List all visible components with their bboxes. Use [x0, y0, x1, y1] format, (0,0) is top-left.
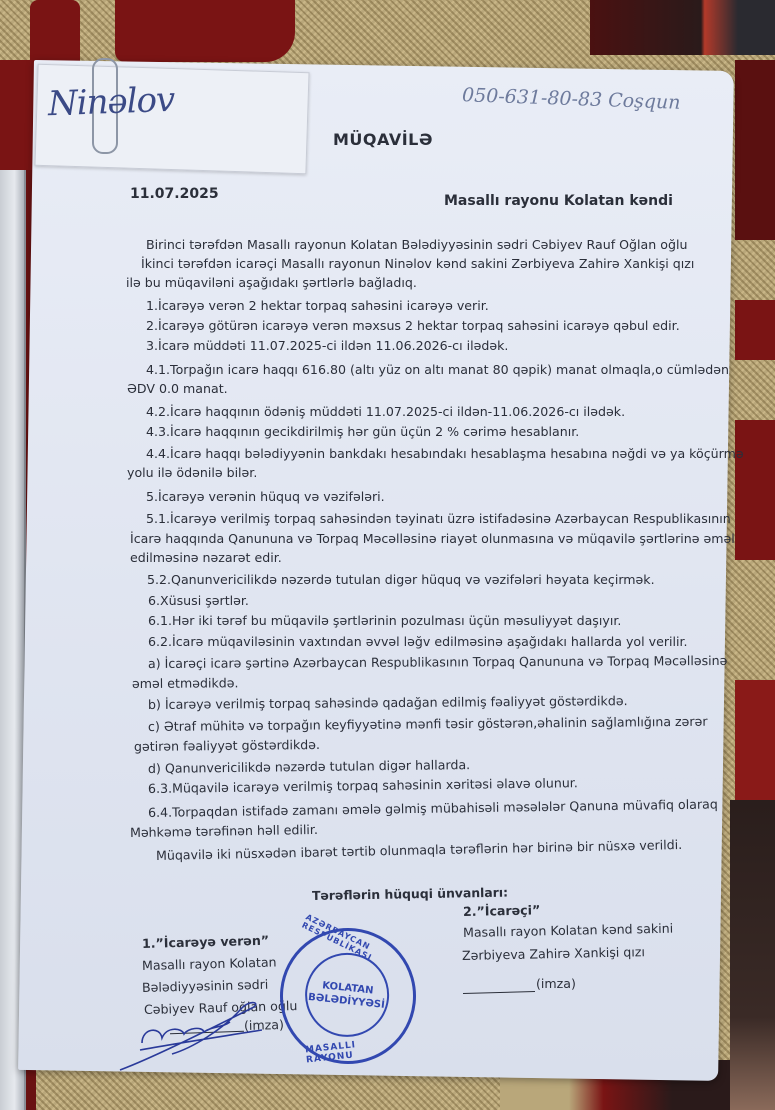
official-stamp: AZƏRBAYCAN RESPUBLİKASI KOLATAN BƏLƏDİYY…	[273, 921, 422, 1070]
clause-line: əməl etmədikdə.	[132, 675, 239, 691]
party2-signature-line	[463, 991, 535, 994]
party2-line: Masallı rayon Kolatan kənd sakini	[463, 921, 673, 940]
contract-document: MÜQAVİLƏ 11.07.2025 Masallı rayonu Kolat…	[0, 0, 775, 1110]
clause-line: Məhkəmə tərəfinən həll edilir.	[130, 822, 318, 840]
clause-line: yolu ilə ödənilə bilər.	[127, 465, 257, 480]
clause-line: 6.2.İcarə müqaviləsinin vaxtından əvvəl …	[148, 634, 688, 649]
clause-line: 5.1.İcarəyə verilmiş torpaq sahəsindən t…	[146, 511, 731, 526]
party2-line: Zərbiyeva Zahirə Xankişi qızı	[462, 944, 645, 963]
preamble-line: İkinci tərəfdən icarəçi Masallı rayonun …	[141, 256, 694, 271]
clause-line: 2.İcarəyə götürən icarəyə verən məxsus 2…	[146, 318, 680, 333]
party2-label: 2.”İcarəçi”	[463, 902, 541, 919]
contract-date: 11.07.2025	[130, 186, 219, 202]
clause-line: İcarə haqqında Qanununa və Torpaq Məcəll…	[130, 531, 735, 546]
clause-line: 4.3.İcarə haqqının gecikdirilmiş hər gün…	[146, 424, 579, 439]
party1-line: Masallı rayon Kolatan	[142, 954, 277, 973]
party1-label: 1.”İcarəyə verən”	[142, 933, 269, 951]
signature-scribble	[112, 998, 262, 1078]
clause-line: 4.2.İcarə haqqının ödəniş müddəti 11.07.…	[146, 404, 625, 419]
clause-line: 6.3.Müqavilə icarəyə verilmiş torpaq sah…	[148, 775, 578, 796]
preamble-line: ilə bu müqaviləni aşağıdakı şərtlərlə ba…	[126, 275, 417, 290]
clause-line: gətirən fəaliyyət göstərdikdə.	[134, 737, 320, 754]
clause-line: 5.2.Qanunvericilikdə nəzərdə tutulan dig…	[147, 572, 655, 587]
addresses-heading: Tərəflərin hüquqi ünvanları:	[312, 885, 508, 903]
clause-line: ƏDV 0.0 manat.	[127, 381, 228, 396]
clause-line: 6.Xüsusi şərtlər.	[148, 593, 249, 608]
clause-line: 1.İcarəyə verən 2 hektar torpaq sahəsini…	[146, 298, 489, 313]
party2-signature-label: (imza)	[536, 976, 576, 991]
clause-line: 5.İcarəyə verənin hüquq və vəzifələri.	[146, 489, 385, 504]
clause-line: 3.İcarə müddəti 11.07.2025-ci ildən 11.0…	[146, 338, 508, 353]
clause-line: a) İcarəçi icarə şərtinə Azərbaycan Resp…	[148, 653, 727, 671]
contract-place: Masallı rayonu Kolatan kəndi	[444, 193, 673, 209]
preamble-line: Birinci tərəfdən Masallı rayonun Kolatan…	[146, 237, 687, 252]
clause-line: 4.1.Torpağın icarə haqqı 616.80 (altı yü…	[146, 362, 729, 377]
closing-statement: Müqavilə iki nüsxədən ibarət tərtib olun…	[156, 837, 682, 863]
clause-line: 6.1.Hər iki tərəf bu müqavilə şərtlərini…	[148, 613, 621, 628]
clause-line: c) Ətraf mühitə və torpağın keyfiyyətinə…	[148, 714, 708, 734]
clause-line: b) İcarəyə verilmiş torpaq sahəsində qad…	[148, 693, 628, 712]
stamp-center-line: BƏLƏDİYYƏSİ	[308, 991, 386, 1012]
clause-line: d) Qanunvericilikdə nəzərdə tutulan digə…	[148, 757, 470, 776]
stamp-ring-bottom: MASALLI RAYONU	[305, 1035, 409, 1066]
document-title: MÜQAVİLƏ	[333, 130, 433, 149]
clause-line: 4.4.İcarə haqqı bələdiyyənin bankdakı he…	[146, 446, 744, 461]
clause-line: 6.4.Torpaqdan istifadə zamanı əmələ gəlm…	[148, 796, 718, 820]
party1-line: Bələdiyyəsinin sədri	[142, 977, 269, 995]
clause-line: edilməsinə nəzarət edir.	[130, 550, 282, 565]
